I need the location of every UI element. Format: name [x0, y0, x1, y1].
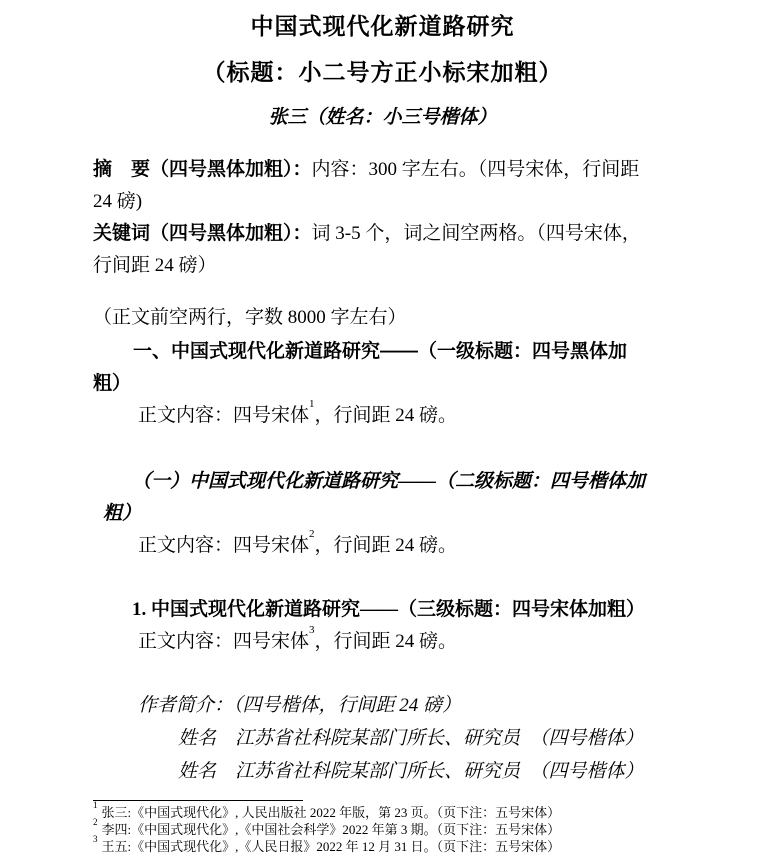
keywords-text: 词 3-5 个，词之间空两格。（四号宋体， — [312, 223, 641, 244]
heading-level-2: （一）中国式现代化新道路研究——（二级标题：四号楷体加 粗） — [93, 466, 672, 530]
keywords-label: 关键词（四号黑体加粗）： — [93, 223, 312, 244]
abstract-line-1: 摘 要（四号黑体加粗）：内容：300 字左右。（四号宋体，行间距 — [93, 154, 672, 186]
body-paragraph-3: 正文内容：四号宋体3，行间距 24 磅。 — [93, 626, 672, 658]
body-paragraph-1: 正文内容：四号宋体1，行间距 24 磅。 — [93, 400, 672, 432]
body-2-text: 正文内容：四号宋体 — [138, 535, 309, 556]
document-page: 中国式现代化新道路研究 （标题：小二号方正小标宋加粗） 张三（姓名：小三号楷体）… — [0, 0, 764, 864]
author-row-1: 姓名 江苏省社科院某部门所长、研究员 （四号楷体） — [93, 722, 672, 755]
heading-level-3: 1. 中国式现代化新道路研究——（三级标题：四号宋体加粗） — [93, 594, 672, 626]
pre-body-note: （正文前空两行，字数 8000 字左右） — [93, 302, 672, 334]
footnote-ref-3: 3 — [309, 624, 315, 636]
footnotes-section: 1张三:《中国式现代化》, 人民出版社 2022 年版，第 23 页。（页下注：… — [93, 801, 672, 855]
body-2-text-suffix: ，行间距 24 磅。 — [315, 535, 458, 556]
doc-title-annotation: （标题：小二号方正小标宋加粗） — [93, 50, 672, 96]
abstract-line-2: 24 磅) — [93, 186, 672, 218]
doc-title: 中国式现代化新道路研究 — [93, 4, 672, 50]
keywords-line-1: 关键词（四号黑体加粗）：词 3-5 个，词之间空两格。（四号宋体， — [93, 218, 672, 250]
footnote-ref-1: 1 — [309, 398, 315, 410]
footnote-item-2: 2李四:《中国式现代化》,《中国社会科学》2022 年第 3 期。（页下注：五号… — [93, 821, 672, 838]
footnote-text-1: 张三:《中国式现代化》, 人民出版社 2022 年版，第 23 页。（页下注：五… — [102, 805, 561, 820]
heading-level-1: 一、中国式现代化新道路研究——（一级标题：四号黑体加 粗） — [93, 336, 672, 400]
byline: 张三（姓名：小三号楷体） — [93, 102, 672, 134]
footnote-ref-2: 2 — [309, 528, 315, 540]
heading-level-2-line-1: （一）中国式现代化新道路研究——（二级标题：四号楷体加 — [93, 466, 672, 498]
abstract-label: 摘 要（四号黑体加粗）： — [93, 159, 312, 180]
body-paragraph-2: 正文内容：四号宋体2，行间距 24 磅。 — [93, 530, 672, 562]
footnote-item-3: 3王五:《中国式现代化》,《人民日报》2022 年 12 月 31 日。（页下注… — [93, 838, 672, 855]
footnote-text-2: 李四:《中国式现代化》,《中国社会科学》2022 年第 3 期。（页下注：五号宋… — [102, 822, 561, 837]
body-1-text-suffix: ，行间距 24 磅。 — [315, 405, 458, 426]
body-1-text: 正文内容：四号宋体 — [138, 405, 309, 426]
heading-level-2-line-2: 粗） — [93, 498, 672, 530]
footnote-item-1: 1张三:《中国式现代化》, 人民出版社 2022 年版，第 23 页。（页下注：… — [93, 804, 672, 821]
footnote-marker-3: 3 — [93, 834, 102, 844]
author-intro: 作者简介：（四号楷体，行间距 24 磅） — [93, 690, 672, 722]
body-3-text: 正文内容：四号宋体 — [138, 631, 309, 652]
footnote-marker-2: 2 — [93, 817, 102, 827]
footnote-text-3: 王五:《中国式现代化》,《人民日报》2022 年 12 月 31 日。（页下注：… — [102, 839, 561, 854]
heading-level-1-line-1: 一、中国式现代化新道路研究——（一级标题：四号黑体加 — [93, 336, 672, 368]
abstract-keywords-block: 摘 要（四号黑体加粗）：内容：300 字左右。（四号宋体，行间距 24 磅) 关… — [93, 154, 672, 282]
body-3-text-suffix: ，行间距 24 磅。 — [315, 631, 458, 652]
keywords-line-2: 行间距 24 磅） — [93, 250, 672, 282]
author-row-2: 姓名 江苏省社科院某部门所长、研究员 （四号楷体） — [93, 755, 672, 788]
footnote-marker-1: 1 — [93, 800, 102, 810]
abstract-text: 内容：300 字左右。（四号宋体，行间距 — [312, 159, 640, 180]
heading-level-1-line-2: 粗） — [93, 368, 672, 400]
